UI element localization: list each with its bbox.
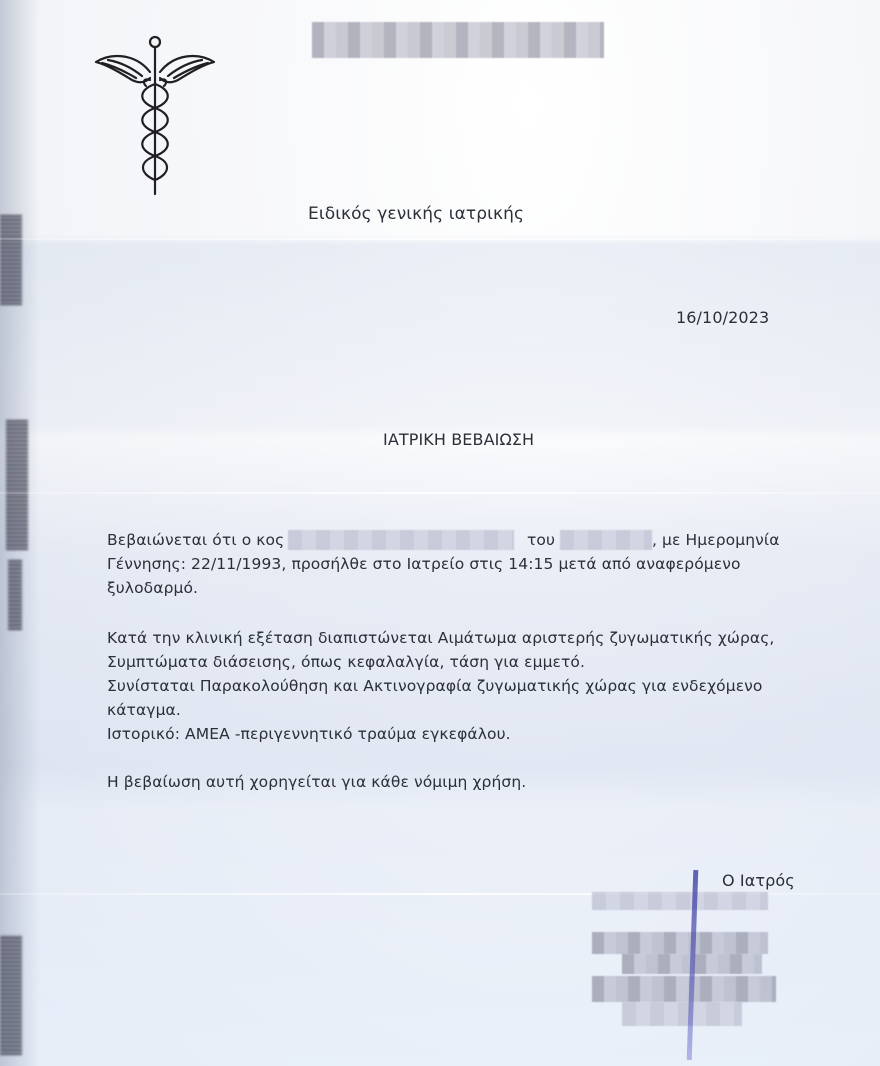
body-line: Ιστορικό: ΑΜΕΑ -περιγεννητικό τραύμα εγκ… (107, 725, 511, 743)
body-line: ξυλοδαρμό. (107, 579, 198, 597)
body-line: Συνίσταται Παρακολούθηση και Ακτινογραφί… (107, 677, 763, 695)
patient-name-redacted (288, 530, 514, 550)
caduceus-icon (92, 32, 218, 198)
body-line: κάταγμα. (107, 701, 181, 719)
bleed-through-mark (0, 935, 22, 1055)
body-line: Κατά την κλινική εξέταση διαπιστώνεται Α… (107, 629, 774, 647)
paper-fold (0, 492, 880, 494)
bleed-through-mark (0, 215, 22, 305)
body-line: Συμπτώματα διάσεισης, όπως κεφαλαλγία, τ… (107, 653, 585, 671)
body-line: Βεβαιώνεται ότι ο κος (107, 531, 284, 549)
bleed-through-mark (6, 420, 28, 550)
father-name-redacted (560, 530, 652, 550)
document-title: ΙΑΤΡΙΚΗ ΒΕΒΑΙΩΣΗ (383, 430, 534, 449)
document-date: 16/10/2023 (676, 308, 769, 327)
body-line: , με Ημερομηνία (652, 531, 780, 549)
body-line: του (527, 531, 555, 549)
signature-stamp-redacted (592, 888, 768, 1058)
bleed-through-mark (8, 560, 22, 630)
specialty-label: Ειδικός γενικής ιατρικής (308, 204, 524, 224)
doctor-name-redacted (312, 22, 604, 58)
body-line: Γέννησης: 22/11/1993, προσήλθε στο Ιατρε… (107, 555, 741, 573)
paper-fold (0, 238, 880, 240)
closing-statement: Η βεβαίωση αυτή χορηγείται για κάθε νόμι… (107, 773, 526, 791)
